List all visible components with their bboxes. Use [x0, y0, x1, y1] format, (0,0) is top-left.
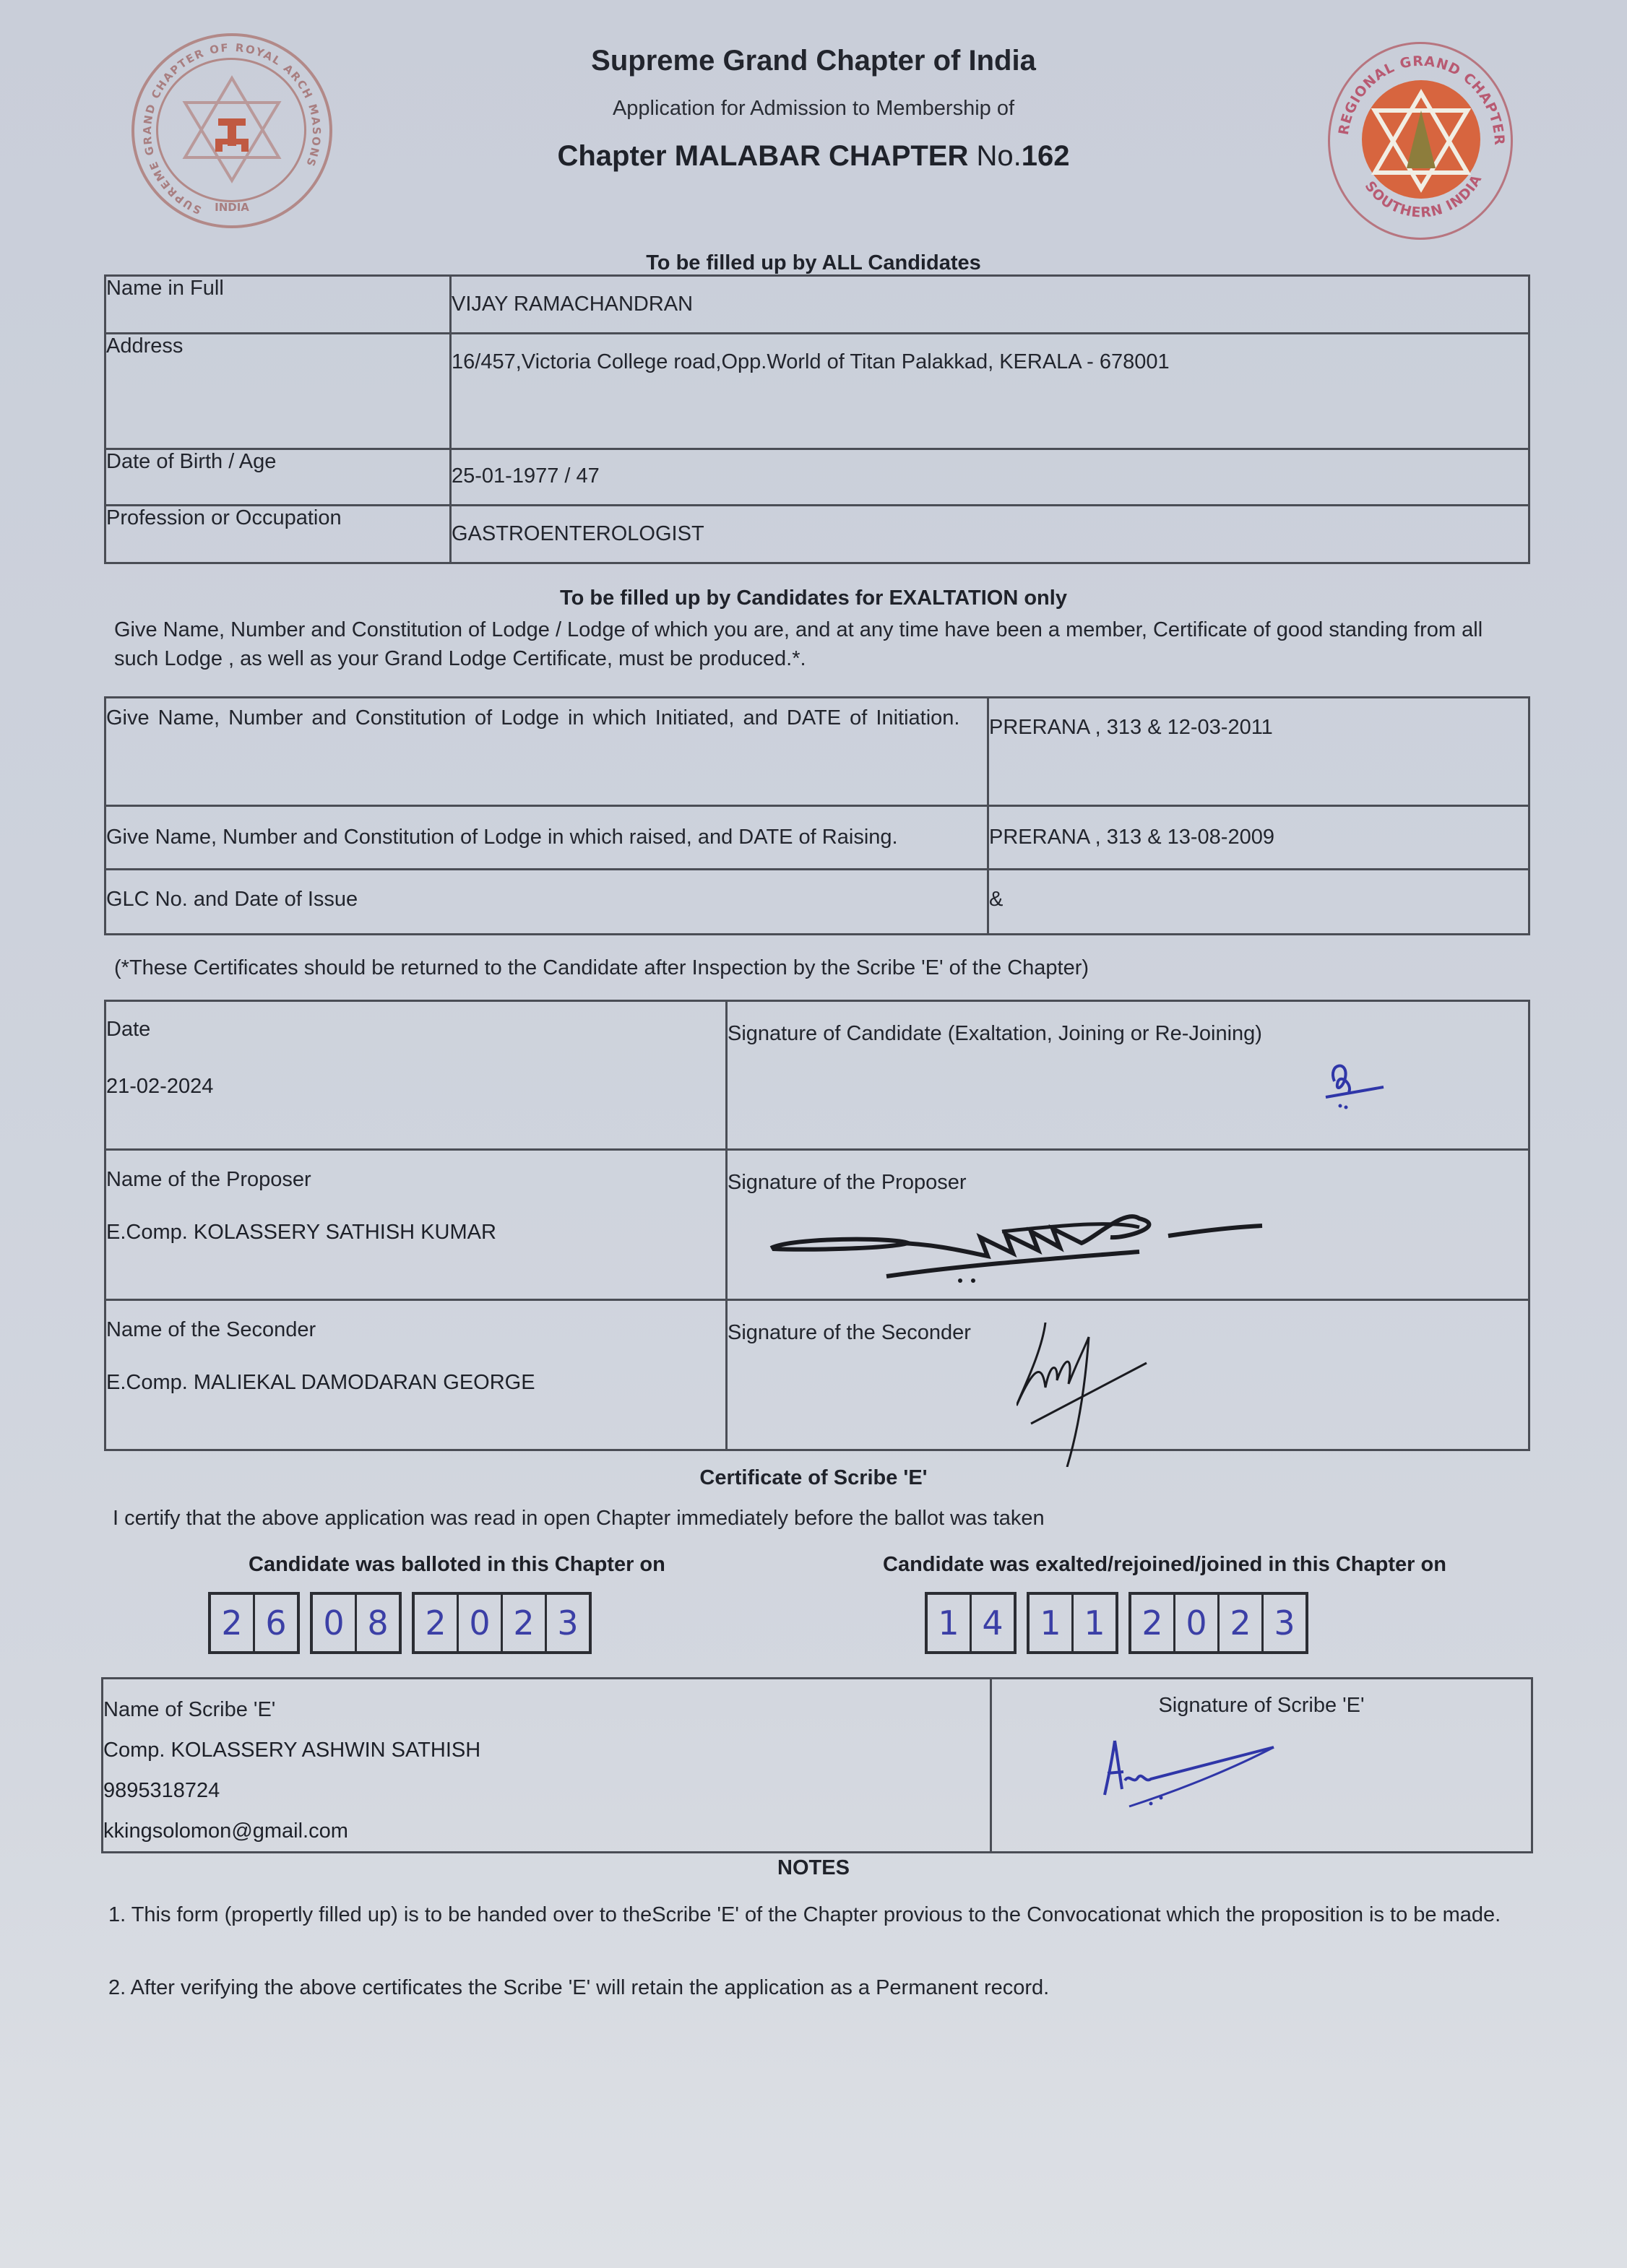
- balloted-date-boxes[interactable]: 2 6 0 8 2 0 2 3: [208, 1592, 592, 1654]
- svg-text:SOUTHERN INDIA: SOUTHERN INDIA: [1362, 172, 1485, 221]
- date-digit[interactable]: 3: [1264, 1595, 1306, 1651]
- table-row: Give Name, Number and Constitution of Lo…: [105, 698, 1529, 806]
- date-digit[interactable]: 1: [1074, 1595, 1115, 1651]
- name-value[interactable]: VIJAY RAMACHANDRAN: [451, 276, 1529, 334]
- table-row: Name of Scribe 'E' Comp. KOLASSERY ASHWI…: [103, 1679, 1532, 1853]
- date-digit[interactable]: 1: [1030, 1595, 1074, 1651]
- scribe-statement: I certify that the above application was…: [113, 1504, 1522, 1533]
- date-digit[interactable]: 0: [459, 1595, 503, 1651]
- lodge-details-table: Give Name, Number and Constitution of Lo…: [104, 696, 1530, 935]
- initiation-value[interactable]: PRERANA , 313 & 12-03-2011: [988, 698, 1529, 806]
- glc-value[interactable]: &: [988, 870, 1529, 935]
- date-digit[interactable]: 0: [313, 1595, 357, 1651]
- table-row: Name of the Proposer E.Comp. KOLASSERY S…: [105, 1150, 1529, 1300]
- seconder-signature[interactable]: [1017, 1323, 1306, 1467]
- dob-age-value[interactable]: 25-01-1977 / 47: [451, 449, 1529, 506]
- all-candidates-heading: To be filled up by ALL Candidates: [0, 251, 1627, 275]
- scribe-table: Name of Scribe 'E' Comp. KOLASSERY ASHWI…: [101, 1677, 1533, 1853]
- proposer-name[interactable]: E.Comp. KOLASSERY SATHISH KUMAR: [106, 1221, 725, 1245]
- scribe-phone[interactable]: 9895318724: [103, 1770, 990, 1811]
- table-row: Address 16/457,Victoria College road,Opp…: [105, 334, 1529, 449]
- signatures-table: Date 21-02-2024 Signature of Candidate (…: [104, 1000, 1530, 1451]
- certificates-footnote: (*These Certificates should be returned …: [114, 953, 1523, 982]
- balloted-day[interactable]: 2 6: [208, 1592, 300, 1654]
- candidate-signature-label: Signature of Candidate (Exaltation, Join…: [728, 1022, 1528, 1046]
- dob-age-label: Date of Birth / Age: [105, 449, 451, 506]
- balloted-label: Candidate was balloted in this Chapter o…: [249, 1553, 665, 1577]
- balloted-month[interactable]: 0 8: [310, 1592, 402, 1654]
- scribe-signature-label: Signature of Scribe 'E': [992, 1694, 1531, 1718]
- exalted-label: Candidate was exalted/rejoined/joined in…: [883, 1553, 1446, 1577]
- exalted-day[interactable]: 1 4: [925, 1592, 1017, 1654]
- date-value[interactable]: 21-02-2024: [106, 1075, 725, 1099]
- glc-label: GLC No. and Date of Issue: [105, 870, 988, 935]
- chapter-prefix: Chapter MALABAR CHAPTER: [557, 140, 968, 172]
- form-subtitle: Application for Admission to Membership …: [0, 97, 1627, 121]
- scribe-email[interactable]: kkingsolomon@gmail.com: [103, 1811, 990, 1851]
- profession-label: Profession or Occupation: [105, 506, 451, 563]
- application-form-page: SUPREME GRAND CHAPTER OF ROYAL ARCH MASO…: [0, 0, 1627, 2268]
- name-label: Name in Full: [105, 276, 451, 334]
- scribe-signature[interactable]: [1100, 1737, 1295, 1817]
- exalted-month[interactable]: 1 1: [1027, 1592, 1118, 1654]
- scribe-certificate-heading: Certificate of Scribe 'E': [0, 1466, 1627, 1490]
- date-digit[interactable]: 2: [1220, 1595, 1264, 1651]
- raising-value[interactable]: PRERANA , 313 & 13-08-2009: [988, 806, 1529, 870]
- note-1: 1. This form (propertly filled up) is to…: [108, 1897, 1529, 1933]
- seconder-name[interactable]: E.Comp. MALIEKAL DAMODARAN GEORGE: [106, 1371, 725, 1395]
- profession-value[interactable]: GASTROENTEROLOGIST: [451, 506, 1529, 563]
- date-digit[interactable]: 8: [357, 1595, 399, 1651]
- scribe-name-label: Name of Scribe 'E': [103, 1689, 990, 1730]
- balloted-year[interactable]: 2 0 2 3: [412, 1592, 592, 1654]
- date-digit[interactable]: 4: [972, 1595, 1014, 1651]
- date-label: Date: [106, 1018, 725, 1042]
- date-digit[interactable]: 2: [503, 1595, 547, 1651]
- date-digit[interactable]: 0: [1175, 1595, 1220, 1651]
- chapter-number: 162: [1022, 140, 1070, 172]
- address-label: Address: [105, 334, 451, 449]
- notes-heading: NOTES: [0, 1856, 1627, 1880]
- date-digit[interactable]: 3: [547, 1595, 589, 1651]
- seconder-label: Name of the Seconder: [106, 1318, 725, 1342]
- table-row: Date 21-02-2024 Signature of Candidate (…: [105, 1001, 1529, 1150]
- table-row: Profession or Occupation GASTROENTEROLOG…: [105, 506, 1529, 563]
- candidate-signature[interactable]: [1313, 1060, 1399, 1117]
- exaltation-instruction: Give Name, Number and Constitution of Lo…: [114, 615, 1523, 673]
- exalted-date-boxes[interactable]: 1 4 1 1 2 0 2 3: [925, 1592, 1308, 1654]
- initiation-label: Give Name, Number and Constitution of Lo…: [105, 698, 988, 806]
- table-row: GLC No. and Date of Issue &: [105, 870, 1529, 935]
- exaltation-heading: To be filled up by Candidates for EXALTA…: [0, 587, 1627, 610]
- table-row: Name of the Seconder E.Comp. MALIEKAL DA…: [105, 1300, 1529, 1450]
- exalted-year[interactable]: 2 0 2 3: [1128, 1592, 1308, 1654]
- date-digit[interactable]: 1: [928, 1595, 972, 1651]
- scribe-name[interactable]: Comp. KOLASSERY ASHWIN SATHISH: [103, 1730, 990, 1770]
- svg-text:INDIA: INDIA: [215, 201, 249, 214]
- chapter-no-label: No.: [977, 140, 1022, 172]
- table-row: Date of Birth / Age 25-01-1977 / 47: [105, 449, 1529, 506]
- date-digit[interactable]: 2: [1131, 1595, 1175, 1651]
- date-digit[interactable]: 2: [211, 1595, 255, 1651]
- proposer-label: Name of the Proposer: [106, 1168, 725, 1192]
- date-digit[interactable]: 2: [415, 1595, 459, 1651]
- proposer-signature[interactable]: [764, 1187, 1414, 1295]
- address-value[interactable]: 16/457,Victoria College road,Opp.World o…: [451, 334, 1529, 449]
- date-digit[interactable]: 6: [255, 1595, 297, 1651]
- form-title: Supreme Grand Chapter of India: [0, 45, 1627, 77]
- candidate-details-table: Name in Full VIJAY RAMACHANDRAN Address …: [104, 274, 1530, 564]
- table-row: Name in Full VIJAY RAMACHANDRAN: [105, 276, 1529, 334]
- table-row: Give Name, Number and Constitution of Lo…: [105, 806, 1529, 870]
- chapter-name: Chapter MALABAR CHAPTER No.162: [0, 140, 1627, 173]
- raising-label: Give Name, Number and Constitution of Lo…: [105, 806, 988, 870]
- note-2: 2. After verifying the above certificate…: [108, 1973, 1529, 2002]
